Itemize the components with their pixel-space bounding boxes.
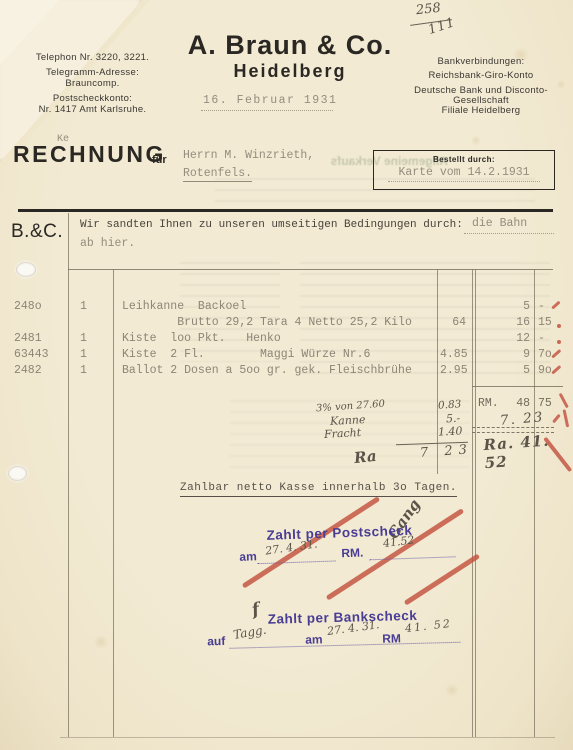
total-rm: 48 <box>477 397 530 410</box>
item-qty: 1 <box>80 300 87 313</box>
item-number: 2481 <box>14 332 42 345</box>
date-underline <box>201 109 333 111</box>
item-amount-pf: - <box>538 332 545 345</box>
column-rule <box>113 269 114 737</box>
red-checkmark <box>551 349 561 358</box>
final-amount-handwritten: Ra. 41. 52 <box>483 430 573 472</box>
red-checkmark <box>551 365 561 374</box>
item-desc: Ballot 2 Dosen a 5oo gr. gek. Fleischbrü… <box>122 364 412 377</box>
company-city: Heidelberg <box>150 61 430 82</box>
invoice-title: RECHNUNG <box>13 141 166 168</box>
item-amount-pf: 15 <box>538 316 552 329</box>
pencil-calc-row1-value: 0.83 <box>438 398 462 412</box>
contact-telegram-value: Brauncomp. <box>15 78 170 90</box>
item-number: 248o <box>14 300 42 313</box>
postscheck-am-label: am <box>239 549 257 564</box>
item-qty: 1 <box>80 348 87 361</box>
ordered-by-box: Bestellt durch: Karte vom 14.2.1931 <box>373 150 555 190</box>
item-qty: 1 <box>80 332 87 345</box>
contact-postscheck-value: Nr. 1417 Amt Karlsruhe. <box>15 104 170 116</box>
recipient-place: Rotenfels. <box>183 167 252 182</box>
item-amount-rm: 5 <box>477 300 530 313</box>
paper-stain <box>470 136 482 145</box>
item-amount-pf: - <box>538 300 545 313</box>
item-amount-rm: 16 <box>477 316 530 329</box>
item-desc: Kiste 2 Fl. Maggi Würze Nr.6 <box>122 348 370 361</box>
red-checkmark <box>552 414 560 423</box>
item-unit: 64 <box>440 316 466 329</box>
company-name: A. Braun & Co. <box>150 30 430 61</box>
punch-hole <box>8 466 27 481</box>
item-number: 63443 <box>14 348 49 361</box>
payment-terms: Zahlbar netto Kasse innerhalb 3o Tagen. <box>180 482 457 497</box>
banks-line4: Filiale Heidelberg <box>395 105 567 117</box>
item-amount-pf: 9o <box>538 364 552 377</box>
banks-line1: Reichsbank-Giro-Konto <box>395 70 567 82</box>
pencil-calc-row3-label: Fracht <box>324 426 362 441</box>
item-amount-pf: 7o <box>538 348 552 361</box>
item-amount-rm: 5 <box>477 364 530 377</box>
postscheck-am-leader <box>258 559 336 564</box>
bankscheck-am-label: am <box>305 632 323 646</box>
postscheck-rm-leader <box>370 555 456 560</box>
header-rule <box>18 209 553 212</box>
column-rule-double <box>475 269 476 737</box>
invoice-document: Allgemeine Verkaufs 258 111 A. Braun & C… <box>0 0 573 750</box>
sent-via-underline <box>464 232 554 234</box>
banks-heading: Bankverbindungen: <box>395 56 567 68</box>
bankscheck-rm-label: RM <box>382 631 401 645</box>
red-squiggle <box>563 409 570 427</box>
item-number: 2482 <box>14 364 42 377</box>
table-top-rule <box>68 269 553 270</box>
item-unit: 4.85 <box>440 348 466 361</box>
pencil-folio-number: 258 <box>415 1 441 19</box>
red-dot-mark <box>557 324 561 328</box>
item-amount-rm: 9 <box>477 348 530 361</box>
item-desc: Leihkanne Backoel <box>122 300 246 313</box>
item-unit: 2.95 <box>440 364 466 377</box>
pencil-folio-denominator: 111 <box>426 15 457 38</box>
red-squiggle <box>559 393 569 409</box>
deduction-handwritten: 7. 23 <box>499 409 545 429</box>
item-desc: Brutto 29,2 Tara 4 Netto 25,2 Kilo <box>122 316 412 329</box>
column-rule-double <box>472 269 473 737</box>
bankscheck-auf-label: auf <box>207 634 225 648</box>
bankscheck-leader <box>229 641 460 649</box>
column-rule <box>68 213 69 737</box>
red-checkmark <box>551 301 560 310</box>
amount-sum-rule <box>472 386 563 387</box>
contact-telephone: Telephon Nr. 3220, 3221. <box>15 52 170 64</box>
recipient-name: Herrn M. Winzrieth, <box>183 149 314 162</box>
paper-stain <box>92 636 110 648</box>
red-dot-mark <box>557 340 561 344</box>
bankscheck-stamp: Zahlt per Bankscheck auf Tagg. am 27. 4.… <box>204 605 467 654</box>
sent-from: ab hier. <box>80 237 135 250</box>
pencil-calc-row3-value: 1.40 <box>438 424 463 438</box>
item-qty: 1 <box>80 364 87 377</box>
sent-via: die Bahn <box>472 217 527 230</box>
postscheck-stamp: Zahlt per Postscheck am 27. 4. 31. RM. 4… <box>234 518 463 570</box>
pencil-sum-prefix: Ra <box>353 447 377 467</box>
invoice-title-suffix: für <box>152 154 167 166</box>
table-bottom-rule <box>60 737 555 738</box>
item-amount-rm: 12 <box>477 332 530 345</box>
bankscheck-auf-value: Tagg. <box>232 623 267 642</box>
pencil-calc-row2-value: 5.- <box>446 412 461 426</box>
sent-line: Wir sandten Ihnen zu unseren umseitigen … <box>80 219 463 231</box>
ordered-by-label: Bestellt durch: <box>374 155 554 164</box>
total-pf: 75 <box>538 397 552 410</box>
postscheck-rm-value: 41.52 <box>382 533 415 550</box>
pfennig-rule <box>534 269 535 737</box>
punch-hole <box>16 262 36 277</box>
invoice-date: 16. Februar 1931 <box>203 94 337 107</box>
postscheck-rm-label: RM. <box>341 546 363 561</box>
form-series-label: B.&C. <box>11 221 63 243</box>
paper-stain <box>444 684 460 696</box>
ordered-by-value: Karte vom 14.2.1931 <box>388 166 540 182</box>
item-desc: Kiste loo Pkt. Henko <box>122 332 281 345</box>
